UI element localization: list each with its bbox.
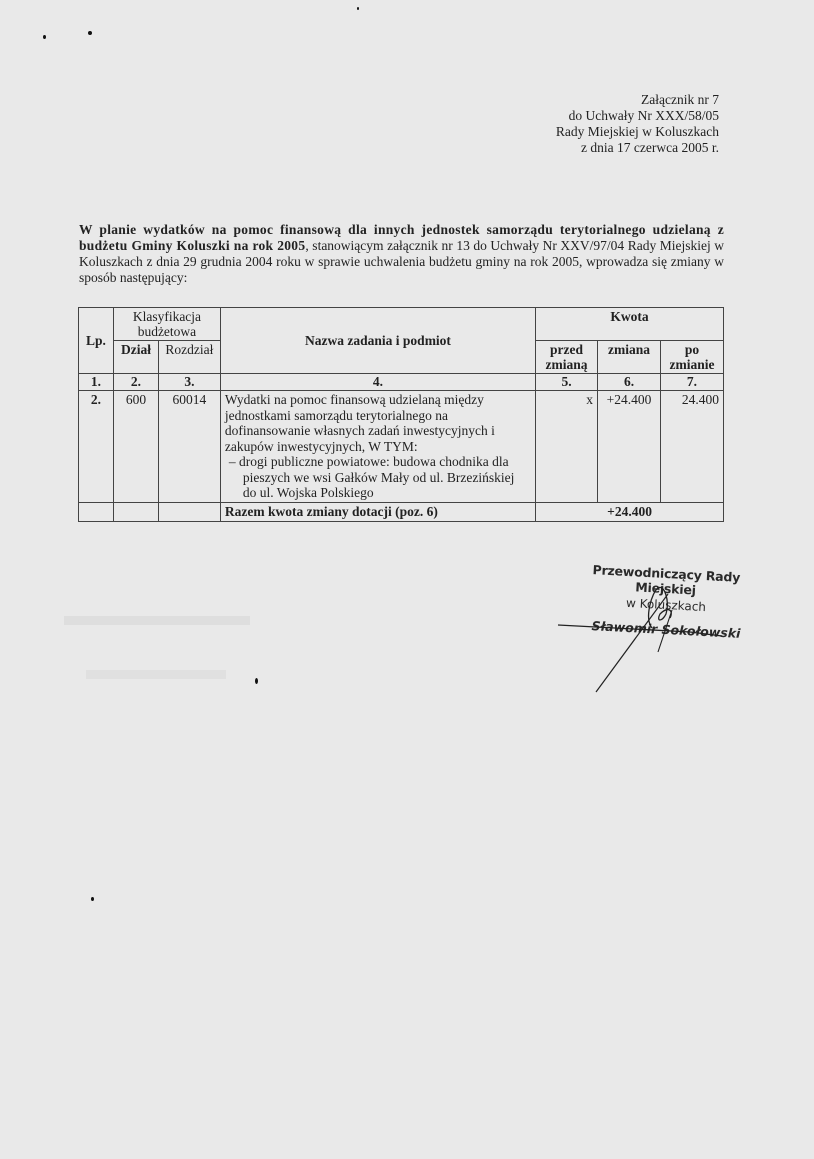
- cell-przed: x: [536, 391, 598, 503]
- col-number: 6.: [598, 374, 661, 391]
- total-value: +24.400: [536, 502, 724, 521]
- col-klasyfikacja: Klasyfikacja budżetowa: [113, 308, 220, 341]
- intro-paragraph: W planie wydatków na pomoc finansową dla…: [79, 222, 724, 286]
- cell-zmiana: +24.400: [598, 391, 661, 503]
- col-nazwa: Nazwa zadania i podmiot: [220, 308, 535, 374]
- chairman-stamp: Przewodniczący Rady Miejskiej w Koluszka…: [566, 566, 766, 637]
- col-kwota: Kwota: [536, 308, 724, 341]
- budget-changes-table: Lp. Klasyfikacja budżetowa Nazwa zadania…: [78, 307, 724, 522]
- col-number: 1.: [79, 374, 114, 391]
- header-line: z dnia 17 czerwca 2005 r.: [556, 140, 719, 156]
- scan-speck: [357, 7, 359, 10]
- stamp-name: Sławomir Sokołowski: [566, 617, 767, 642]
- col-zmiana: zmiana: [598, 341, 661, 374]
- col-przed: przed zmianą: [536, 341, 598, 374]
- total-row: Razem kwota zmiany dotacji (poz. 6) +24.…: [79, 502, 724, 521]
- header-row: Lp. Klasyfikacja budżetowa Nazwa zadania…: [79, 308, 724, 341]
- col-rozdzial: Rozdział: [158, 341, 220, 374]
- empty-cell: [158, 502, 220, 521]
- scan-speck: [88, 31, 92, 35]
- col-number: 2.: [113, 374, 158, 391]
- attachment-header: Załącznik nr 7 do Uchwały Nr XXX/58/05 R…: [556, 92, 719, 156]
- empty-cell: [113, 502, 158, 521]
- col-number: 5.: [536, 374, 598, 391]
- header-line: Załącznik nr 7: [556, 92, 719, 108]
- cell-nazwa: Wydatki na pomoc finansową udzielaną mię…: [220, 391, 535, 503]
- bleed-through-text: [64, 616, 250, 625]
- col-po: po zmianie: [660, 341, 723, 374]
- task-description: Wydatki na pomoc finansową udzielaną mię…: [225, 392, 531, 454]
- scan-speck: [255, 678, 258, 684]
- task-sub-item: – drogi publiczne powiatowe: budowa chod…: [225, 454, 531, 501]
- column-number-row: 1. 2. 3. 4. 5. 6. 7.: [79, 374, 724, 391]
- col-number: 4.: [220, 374, 535, 391]
- bleed-through-text: [86, 670, 226, 679]
- col-number: 3.: [158, 374, 220, 391]
- empty-cell: [79, 502, 114, 521]
- header-line: Rady Miejskiej w Koluszkach: [556, 124, 719, 140]
- col-dzial: Dział: [113, 341, 158, 374]
- cell-dzial: 600: [113, 391, 158, 503]
- table-row: 2. 600 60014 Wydatki na pomoc finansową …: [79, 391, 724, 503]
- col-lp: Lp.: [79, 308, 114, 374]
- scan-speck: [43, 35, 46, 39]
- cell-rozdzial: 60014: [158, 391, 220, 503]
- col-number: 7.: [660, 374, 723, 391]
- header-line: do Uchwały Nr XXX/58/05: [556, 108, 719, 124]
- total-label: Razem kwota zmiany dotacji (poz. 6): [220, 502, 535, 521]
- cell-po: 24.400: [660, 391, 723, 503]
- cell-lp: 2.: [79, 391, 114, 503]
- scan-speck: [91, 897, 94, 901]
